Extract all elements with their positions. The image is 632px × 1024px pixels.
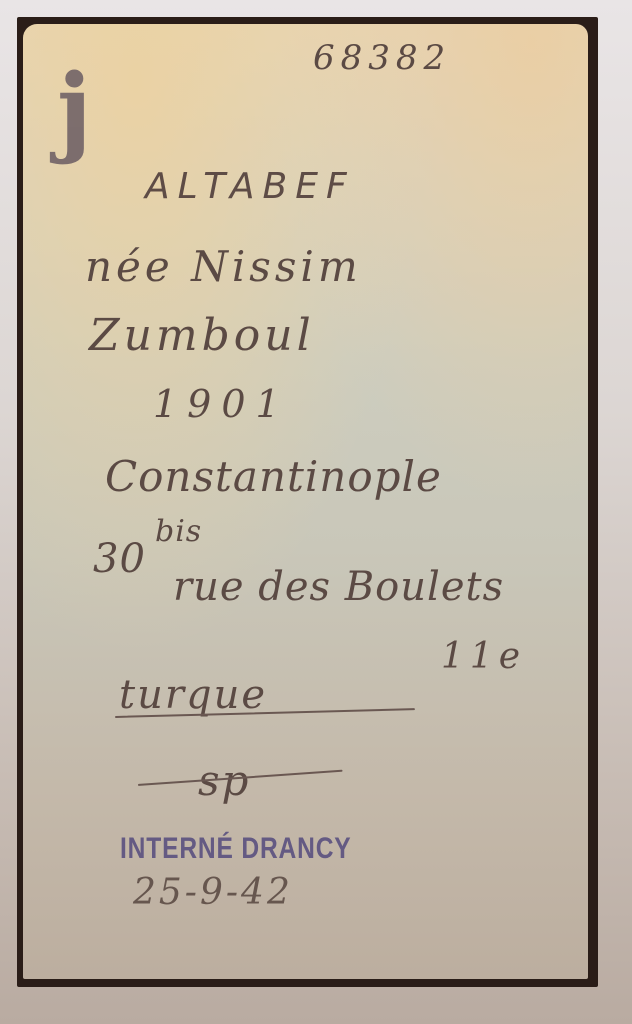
stamp-date: 25-9-42 bbox=[133, 872, 293, 913]
address-suffix: bis bbox=[155, 514, 202, 549]
index-card: 68382 j ALTABEF née Nissim Zumboul 1901 … bbox=[23, 24, 588, 979]
birth-place: Constantinople bbox=[105, 452, 442, 501]
nationality: turque bbox=[119, 672, 267, 718]
surname: ALTABEF bbox=[145, 166, 355, 207]
arrondissement: 11e bbox=[441, 636, 526, 677]
maiden-name: née Nissim bbox=[85, 242, 362, 291]
address-street: rue des Boulets bbox=[173, 564, 504, 610]
birth-year: 1901 bbox=[153, 382, 290, 426]
address-number: 30 bbox=[93, 536, 146, 582]
given-name: Zumboul bbox=[89, 310, 315, 361]
record-number: 68382 bbox=[313, 38, 451, 78]
category-letter-stamp: j bbox=[57, 62, 92, 158]
interne-drancy-stamp: INTERNÉ DRANCY bbox=[120, 832, 352, 866]
